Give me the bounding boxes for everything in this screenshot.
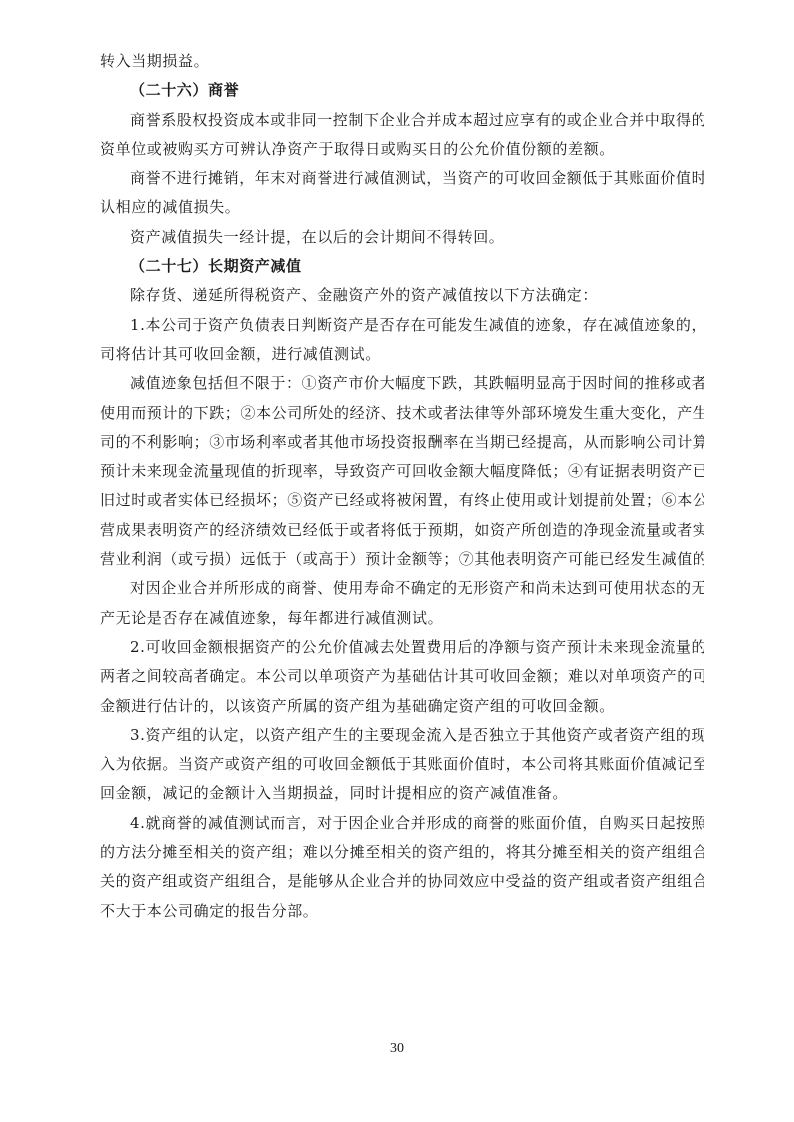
- paragraph-line: 商誉系股权投资成本或非同一控制下企业合并成本超过应享有的或企业合并中取得的被投: [100, 106, 704, 135]
- paragraph-line: 入为依据。当资产或资产组的可收回金额低于其账面价值时，本公司将其账面价值减记至可…: [100, 750, 704, 779]
- paragraph-line: 金额进行估计的，以该资产所属的资产组为基础确定资产组的可收回金额。: [100, 692, 704, 721]
- paragraph: 商誉不进行摊销，年末对商誉进行减值测试，当资产的可收回金额低于其账面价值时，确 …: [100, 164, 704, 223]
- page-number: 30: [0, 1041, 794, 1057]
- paragraph-line: 资单位或被购买方可辨认净资产于取得日或购买日的公允价值份额的差额。: [100, 135, 704, 164]
- paragraph-line: 除存货、递延所得税资产、金融资产外的资产减值按以下方法确定：: [100, 281, 704, 310]
- paragraph-line: 的方法分摊至相关的资产组；难以分摊至相关的资产组的，将其分摊至相关的资产组组合。…: [100, 838, 704, 867]
- paragraph-line: 司的不利影响；③市场利率或者其他市场投资报酬率在当期已经提高，从而影响公司计算资…: [100, 428, 704, 457]
- paragraph: 2.可收回金额根据资产的公允价值减去处置费用后的净额与资产预计未来现金流量的现值…: [100, 633, 704, 721]
- paragraph-line: 1.本公司于资产负债表日判断资产是否存在可能发生减值的迹象，存在减值迹象的，本公: [100, 311, 704, 340]
- paragraph-line: 营成果表明资产的经济绩效已经低于或者将低于预期，如资产所创造的净现金流量或者实现…: [100, 516, 704, 545]
- paragraph-line: 减值迹象包括但不限于：①资产市价大幅度下跌，其跌幅明显高于因时间的推移或者正常: [100, 369, 704, 398]
- paragraph-line: 3.资产组的认定，以资产组产生的主要现金流入是否独立于其他资产或者资产组的现金流: [100, 721, 704, 750]
- paragraph-line: 旧过时或者实体已经损坏；⑤资产已经或将被闲置，有终止使用或计划提前处置；⑥本公司…: [100, 486, 704, 515]
- paragraph-line: 资产减值损失一经计提，在以后的会计期间不得转回。: [100, 223, 704, 252]
- paragraph: 对因企业合并所形成的商誉、使用寿命不确定的无形资产和尚未达到可使用状态的无形资 …: [100, 574, 704, 633]
- paragraph-line: 使用而预计的下跌；②本公司所处的经济、技术或者法律等外部环境发生重大变化，产生对…: [100, 399, 704, 428]
- paragraph-line: 商誉不进行摊销，年末对商誉进行减值测试，当资产的可收回金额低于其账面价值时，确: [100, 164, 704, 193]
- paragraph: 除存货、递延所得税资产、金融资产外的资产减值按以下方法确定：: [100, 281, 704, 310]
- paragraph: 减值迹象包括但不限于：①资产市价大幅度下跌，其跌幅明显高于因时间的推移或者正常 …: [100, 369, 704, 574]
- paragraph-line: 2.可收回金额根据资产的公允价值减去处置费用后的净额与资产预计未来现金流量的现值: [100, 633, 704, 662]
- paragraph-line: 两者之间较高者确定。本公司以单项资产为基础估计其可收回金额；难以对单项资产的可收…: [100, 662, 704, 691]
- paragraph-line: 关的资产组或资产组组合，是能够从企业合并的协同效应中受益的资产组或者资产组组合，…: [100, 867, 704, 896]
- paragraph-line: 司将估计其可收回金额，进行减值测试。: [100, 340, 704, 369]
- paragraph-line: 营业利润（或亏损）远低于（或高于）预计金额等；⑦其他表明资产可能已经发生减值的迹…: [100, 545, 704, 574]
- paragraph-line: 不大于本公司确定的报告分部。: [100, 897, 704, 926]
- continuation-text: 转入当期损益。: [100, 47, 704, 76]
- document-page: 转入当期损益。 （二十六）商誉 商誉系股权投资成本或非同一控制下企业合并成本超过…: [100, 47, 704, 926]
- section-heading-long-term-asset-impairment: （二十七）长期资产减值: [100, 252, 704, 281]
- section-heading-goodwill: （二十六）商誉: [100, 76, 704, 105]
- paragraph: 3.资产组的认定，以资产组产生的主要现金流入是否独立于其他资产或者资产组的现金流…: [100, 721, 704, 809]
- paragraph-line: 4.就商誉的减值测试而言，对于因企业合并形成的商誉的账面价值，自购买日起按照合理: [100, 809, 704, 838]
- paragraph: 1.本公司于资产负债表日判断资产是否存在可能发生减值的迹象，存在减值迹象的，本公…: [100, 311, 704, 370]
- paragraph-line: 认相应的减值损失。: [100, 193, 704, 222]
- paragraph: 资产减值损失一经计提，在以后的会计期间不得转回。: [100, 223, 704, 252]
- paragraph: 商誉系股权投资成本或非同一控制下企业合并成本超过应享有的或企业合并中取得的被投 …: [100, 106, 704, 165]
- paragraph: 4.就商誉的减值测试而言，对于因企业合并形成的商誉的账面价值，自购买日起按照合理…: [100, 809, 704, 926]
- paragraph-line: 回金额，减记的金额计入当期损益，同时计提相应的资产减值准备。: [100, 779, 704, 808]
- paragraph-line: 对因企业合并所形成的商誉、使用寿命不确定的无形资产和尚未达到可使用状态的无形资: [100, 574, 704, 603]
- paragraph-line: 产无论是否存在减值迹象，每年都进行减值测试。: [100, 604, 704, 633]
- paragraph-line: 预计未来现金流量现值的折现率，导致资产可回收金额大幅度降低；④有证据表明资产已经…: [100, 457, 704, 486]
